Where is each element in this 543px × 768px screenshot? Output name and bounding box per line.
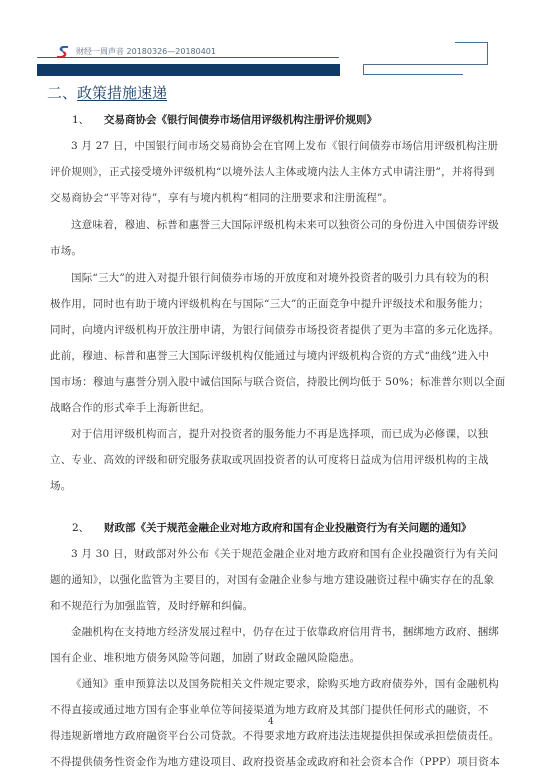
body-line: 战略合作的形式牵手上海新世纪。 bbox=[50, 400, 494, 415]
item-heading-text: 财政部《关于规范金融企业对地方政府和国有企业投融资行为有关问题的通知》 bbox=[104, 522, 472, 534]
body-line: 对于信用评级机构而言，提升对投资者的服务能力不再是选择项，而已成为必修课，以独 bbox=[71, 426, 494, 441]
publication-header: 财经一周声音 20180326—20180401 bbox=[76, 46, 216, 57]
item-heading-text: 交易商协会《银行间债券市场信用评级机构注册评价规则》 bbox=[104, 114, 377, 126]
body-line: 立、专业、高效的评级和研究服务获取或巩固投资者的认可度将日益成为信用评级机构的主… bbox=[50, 452, 494, 467]
page-number: 4 bbox=[268, 717, 274, 727]
body-line: 国有企业、堆积地方债务风险等问题，加剧了财政金融风险隐患。 bbox=[50, 650, 494, 665]
body-line: 此前，穆迪、标普和惠誉三大国际评级机构仅能通过与境内评级机构合资的方式“曲线”进… bbox=[50, 348, 494, 363]
body-line: 国际“三大”的进入对提升银行间债券市场的开放度和对境外投资者的吸引力具有较为的积 bbox=[71, 270, 494, 285]
body-line: 国市场：穆迪与惠誉分别入股中诚信国际与联合资信，持股比例均低于 50%；标准普尔… bbox=[50, 374, 494, 389]
section-title: 二、政策措施速递 bbox=[47, 82, 167, 103]
body-line: 评价规则》，正式接受境外评级机构“以境外法人主体或境内法人主体方式申请注册”，并… bbox=[50, 164, 494, 179]
header-bar bbox=[37, 64, 340, 76]
body-line: 3 月 30 日，财政部对外公布《关于规范金融企业对地方政府和国有企业投融资行为… bbox=[71, 546, 494, 561]
header-bracket-decoration bbox=[455, 42, 488, 65]
body-line: 不得提供债务性资金作为地方建设项目、政府投资基金或政府和社会资本合作（PPP）项… bbox=[50, 754, 494, 768]
header-bracket-decoration bbox=[363, 64, 364, 74]
body-line: 和不规范行为加强监管，及时纾解和纠偏。 bbox=[50, 598, 494, 613]
body-line: 《通知》重申预算法以及国务院相关文件规定要求，除购买地方政府债券外，国有金融机构 bbox=[71, 676, 494, 691]
body-line: 交易商协会“平等对待”，享有与境内机构“相同的注册要求和注册流程”。 bbox=[50, 190, 494, 205]
item-heading: 1、交易商协会《银行间债券市场信用评级机构注册评价规则》 bbox=[72, 112, 377, 127]
body-line: 同时，向境内评级机构开放注册申请，为银行间债券市场投资者提供了更为丰富的多元化选… bbox=[50, 322, 494, 337]
body-line: 得违规新增地方政府融资平台公司贷款。不得要求地方政府违法违规提供担保或承担偿债责… bbox=[50, 728, 494, 743]
body-line: 场。 bbox=[50, 478, 494, 493]
section-title-text: 政策措施速递 bbox=[77, 84, 167, 102]
header-bracket-decoration bbox=[363, 64, 487, 65]
item-number: 1、 bbox=[72, 112, 104, 127]
publication-logo-icon bbox=[56, 43, 70, 55]
body-line: 不得直接或通过地方国有企事业单位等间接渠道为地方政府及其部门提供任何形式的融资，… bbox=[50, 702, 494, 717]
header-bracket-decoration bbox=[363, 74, 463, 75]
item-number: 2、 bbox=[72, 520, 104, 535]
body-line: 极作用，同时也有助于境内评级机构在与国际“三大”的正面竞争中提升评级技术和服务能… bbox=[50, 296, 494, 311]
body-line: 金融机构在支持地方经济发展过程中，仍存在过于依靠政府信用背书，捆绑地方政府、捆绑 bbox=[71, 624, 494, 639]
body-line: 3 月 27 日，中国银行间市场交易商协会在官网上发布《银行间债券市场信用评级机… bbox=[71, 138, 494, 153]
body-line: 市场。 bbox=[50, 243, 494, 258]
body-line: 这意味着，穆迪、标普和惠誉三大国际评级机构未来可以独资公司的身份进入中国债券评级 bbox=[71, 217, 494, 232]
section-prefix: 二、 bbox=[47, 84, 77, 102]
header-divider bbox=[37, 57, 339, 58]
item-heading: 2、财政部《关于规范金融企业对地方政府和国有企业投融资行为有关问题的通知》 bbox=[72, 520, 472, 535]
body-line: 题的通知》，以强化监管为主要目的，对国有金融企业参与地方建设融资过程中确实存在的… bbox=[50, 572, 494, 587]
